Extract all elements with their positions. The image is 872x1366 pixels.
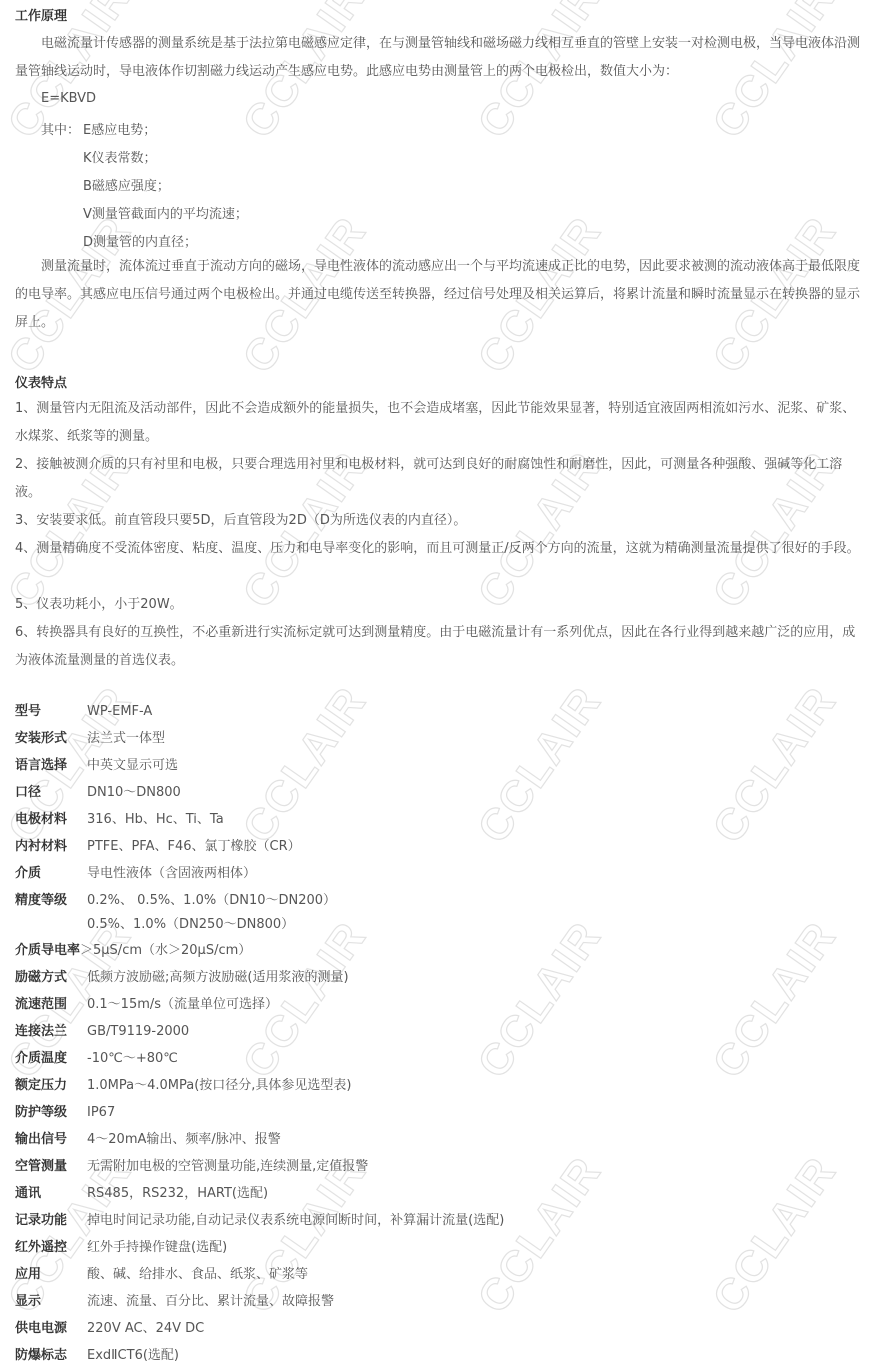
spec-row-infrared: 红外遥控红外手持操作键盘(选配) [15, 1236, 227, 1263]
spec-label: 空管测量 [15, 1155, 87, 1174]
spec-label: 应用 [15, 1263, 87, 1282]
watermark-text: CCLAIR [467, 910, 612, 1091]
spec-row-electrode: 电极材料316、Hb、Hc、Ti、Ta [15, 808, 224, 835]
spec-row-temperature: 介质温度-10℃～+80℃ [15, 1047, 178, 1074]
spec-label: 防护等级 [15, 1101, 87, 1120]
spec-label: 介质温度 [15, 1047, 87, 1066]
spec-label: 记录功能 [15, 1209, 87, 1228]
spec-value: 掉电时间记录功能,自动记录仪表系统电源间断时间，补算漏计流量(选配) [87, 1213, 504, 1228]
spec-label: 介质 [15, 862, 87, 881]
spec-value: 低频方波励磁;高频方波励磁(适用浆液的测量) [87, 970, 349, 985]
spec-label: 连接法兰 [15, 1020, 87, 1039]
watermark-text: CCLAIR [702, 675, 847, 856]
watermark-text: CCLAIR [702, 910, 847, 1091]
spec-row-application: 应用酸、碱、给排水、食品、纸浆、矿浆等 [15, 1263, 308, 1290]
spec-row-flow-range: 流速范围0.1～15m/s（流量单位可选择） [15, 993, 278, 1020]
term-v: V测量管截面内的平均流速； [83, 203, 248, 222]
section-title-features: 仪表特点 [15, 372, 67, 391]
spec-label: 供电电源 [15, 1317, 87, 1336]
spec-label: 输出信号 [15, 1128, 87, 1147]
feature-item-6: 6、转换器具有良好的互换性，不必重新进行实流标定就可达到测量精度。由于电磁流量计… [15, 619, 865, 675]
spec-row-communication: 通讯RS485，RS232，HART(选配) [15, 1182, 268, 1209]
spec-value: DN10～DN800 [87, 785, 181, 800]
spec-row-pressure: 额定压力1.0MPa～4.0MPa(按口径分,具体参见选型表) [15, 1074, 352, 1101]
spec-row-power: 供电电源220V AC、24V DC [15, 1317, 204, 1344]
spec-value: 316、Hb、Hc、Ti、Ta [87, 812, 224, 827]
spec-value: 流速、流量、百分比、累计流量、故障报警 [87, 1294, 334, 1309]
spec-label: 电极材料 [15, 808, 87, 827]
feature-item-5: 5、仪表功耗小，小于20W。 [15, 591, 865, 619]
spec-value: 红外手持操作键盘(选配) [87, 1240, 227, 1255]
spec-value: WP-EMF-A [87, 704, 152, 719]
term-d: D测量管的内直径； [83, 231, 197, 250]
spec-row-explosion-proof: 防爆标志ExdⅡCT6(选配) [15, 1344, 179, 1366]
spec-label: 精度等级 [15, 889, 87, 908]
spec-row-flange: 连接法兰GB/T9119-2000 [15, 1020, 189, 1047]
spec-value: 中英文显示可选 [87, 758, 178, 773]
spec-value: 酸、碱、给排水、食品、纸浆、矿浆等 [87, 1267, 308, 1282]
spec-label: 通讯 [15, 1182, 87, 1201]
spec-row-lining: 内衬材料PTFE、PFA、F46、氯丁橡胶（CR） [15, 835, 301, 862]
spec-label: 安装形式 [15, 727, 87, 746]
spec-label: 内衬材料 [15, 835, 87, 854]
spec-value: RS485，RS232，HART(选配) [87, 1186, 268, 1201]
feature-item-4: 4、测量精确度不受流体密度、粘度、温度、压力和电导率变化的影响，而且可测量正/反… [15, 535, 865, 563]
spec-row-protection: 防护等级IP67 [15, 1101, 115, 1128]
where-label: 其中： [41, 119, 80, 138]
spec-row-caliber: 口径DN10～DN800 [15, 781, 181, 808]
principle-paragraph-1: 电磁流量计传感器的测量系统是基于法拉第电磁感应定律，在与测量管轴线和磁场磁力线相… [15, 30, 865, 86]
spec-row-medium: 介质导电性液体（含固液两相体） [15, 862, 256, 889]
spec-value: PTFE、PFA、F46、氯丁橡胶（CR） [87, 839, 301, 854]
spec-row-model: 型号WP-EMF-A [15, 700, 152, 727]
spec-value: 0.1～15m/s（流量单位可选择） [87, 997, 278, 1012]
spec-row-output: 输出信号4～20mA输出、频率/脉冲、报警 [15, 1128, 281, 1155]
spec-label: 型号 [15, 700, 87, 719]
spec-value: ＞5μS/cm（水＞20μS/cm） [80, 943, 251, 958]
spec-row-accuracy: 精度等级0.2%、 0.5%、1.0%（DN10～DN200） [15, 889, 336, 916]
spec-row-language: 语言选择中英文显示可选 [15, 754, 178, 781]
spec-row-install: 安装形式法兰式一体型 [15, 727, 165, 754]
spec-row-conductivity: 介质导电率＞5μS/cm（水＞20μS/cm） [15, 939, 251, 966]
formula: E=KBVD [41, 91, 96, 106]
spec-label: 口径 [15, 781, 87, 800]
watermark-text: CCLAIR [232, 675, 377, 856]
watermark-text: CCLAIR [702, 1145, 847, 1326]
spec-value: -10℃～+80℃ [87, 1051, 178, 1066]
spec-label: 红外遥控 [15, 1236, 87, 1255]
principle-paragraph-2: 测量流量时，流体流过垂直于流动方向的磁场，导电性液体的流动感应出一个与平均流速成… [15, 253, 865, 337]
spec-value: 220V AC、24V DC [87, 1321, 204, 1336]
spec-label: 流速范围 [15, 993, 87, 1012]
spec-row-display: 显示流速、流量、百分比、累计流量、故障报警 [15, 1290, 334, 1317]
spec-label: 介质导电率 [15, 939, 80, 958]
spec-row-empty-pipe: 空管测量无需附加电极的空管测量功能,连续测量,定值报警 [15, 1155, 368, 1182]
spec-label: 额定压力 [15, 1074, 87, 1093]
spec-value: 法兰式一体型 [87, 731, 165, 746]
section-title-principle: 工作原理 [15, 5, 67, 24]
spec-label: 语言选择 [15, 754, 87, 773]
spec-value-accuracy-continued: 0.5%、1.0%（DN250～DN800） [87, 913, 294, 932]
spec-value: IP67 [87, 1105, 115, 1120]
feature-item-1: 1、测量管内无阻流及活动部件，因此不会造成额外的能量损失，也不会造成堵塞，因此节… [15, 395, 865, 451]
feature-item-3: 3、安装要求低。前直管段只要5D，后直管段为2D（D为所选仪表的内直径）。 [15, 507, 865, 535]
watermark-text: CCLAIR [467, 675, 612, 856]
spec-value: GB/T9119-2000 [87, 1024, 189, 1039]
term-k: K仪表常数； [83, 147, 157, 166]
spec-label: 防爆标志 [15, 1344, 87, 1363]
feature-item-2: 2、接触被测介质的只有衬里和电极，只要合理选用衬里和电极材料，就可达到良好的耐腐… [15, 451, 865, 507]
spec-value: 4～20mA输出、频率/脉冲、报警 [87, 1132, 281, 1147]
spec-row-recording: 记录功能掉电时间记录功能,自动记录仪表系统电源间断时间，补算漏计流量(选配) [15, 1209, 504, 1236]
spec-value: 1.0MPa～4.0MPa(按口径分,具体参见选型表) [87, 1078, 352, 1093]
spec-label: 励磁方式 [15, 966, 87, 985]
spec-value: 导电性液体（含固液两相体） [87, 866, 256, 881]
term-b: B磁感应强度； [83, 175, 170, 194]
spec-value: 无需附加电极的空管测量功能,连续测量,定值报警 [87, 1159, 368, 1174]
spec-value: 0.2%、 0.5%、1.0%（DN10～DN200） [87, 893, 336, 908]
spec-value: ExdⅡCT6(选配) [87, 1348, 179, 1363]
term-e: E感应电势； [83, 119, 156, 138]
spec-row-excitation: 励磁方式低频方波励磁;高频方波励磁(适用浆液的测量) [15, 966, 349, 993]
spec-label: 显示 [15, 1290, 87, 1309]
